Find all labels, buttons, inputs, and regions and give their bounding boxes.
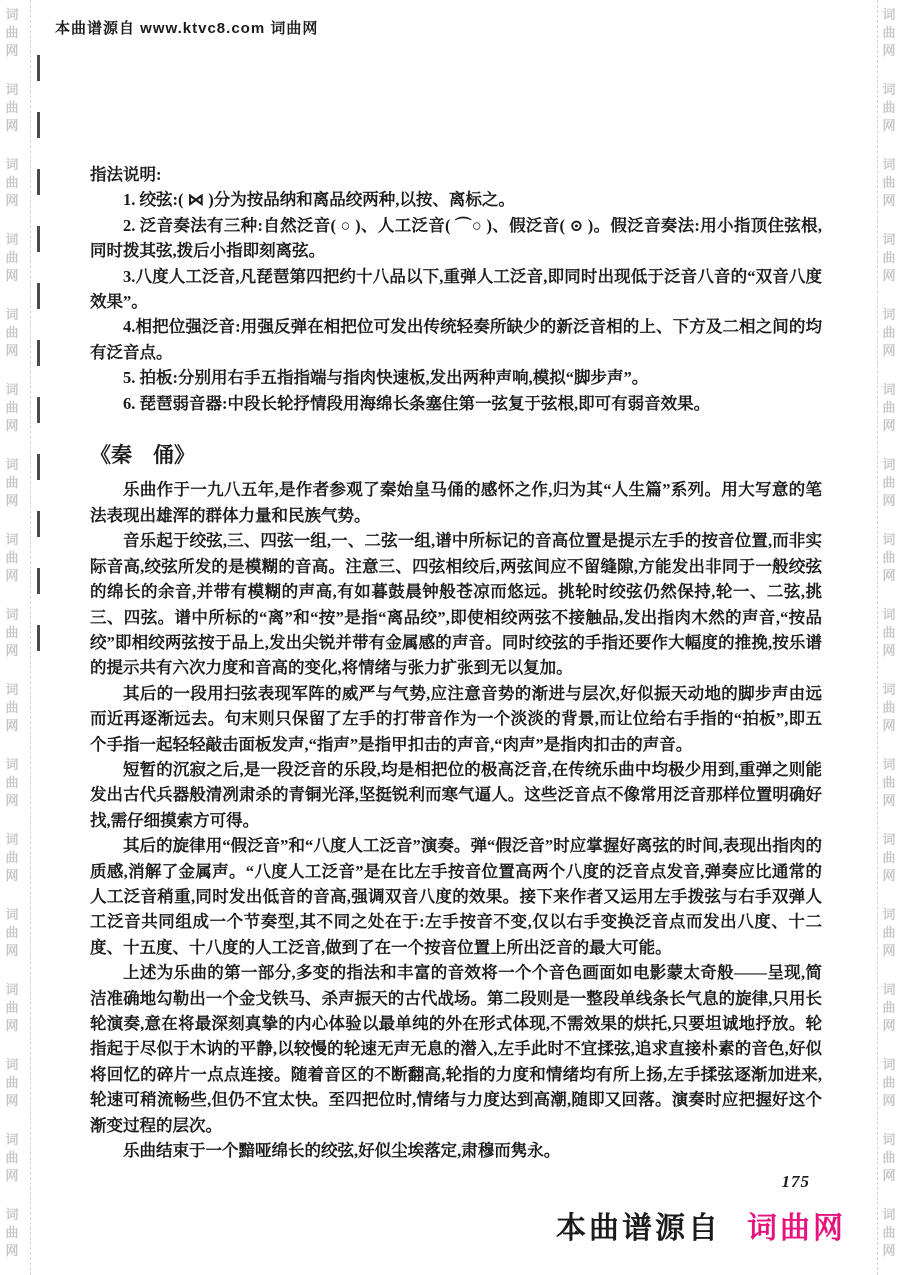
side-watermark-text: 词曲网 — [5, 1056, 18, 1110]
side-watermark-text: 词曲网 — [5, 681, 18, 735]
left-dashed-divider — [30, 0, 31, 1275]
side-watermark-text: 词曲网 — [882, 381, 895, 435]
footer-source-watermark: 本曲谱源自词曲网 — [556, 1203, 846, 1247]
side-watermark-text: 词曲网 — [882, 1131, 895, 1185]
side-watermark-text: 词曲网 — [882, 831, 895, 885]
side-watermark-text: 词曲网 — [5, 381, 18, 435]
piece-paragraph: 其后的一段用扫弦表现军阵的威严与气势,应注意音势的渐进与层次,好似振天动地的脚步… — [90, 681, 822, 757]
side-watermark-text: 词曲网 — [5, 906, 18, 960]
side-watermark-text: 词曲网 — [882, 606, 895, 660]
side-watermark-text: 词曲网 — [5, 756, 18, 810]
fingering-note-item: 6. 琵琶弱音器:中段长轮抒情段用海绵长条塞住第一弦复于弦根,即可有弱音效果。 — [90, 391, 822, 416]
side-watermark-text: 词曲网 — [5, 831, 18, 885]
footer-brand-name: 词曲网 — [747, 1212, 846, 1245]
piece-paragraph: 乐曲作于一九八五年,是作者参观了秦始皇马俑的感怀之作,归为其“人生篇”系列。用大… — [90, 477, 822, 528]
left-watermark-column: 词曲网词曲网词曲网词曲网词曲网词曲网词曲网词曲网词曲网词曲网词曲网词曲网词曲网词… — [3, 6, 21, 1275]
piece-paragraph: 乐曲结束于一个黯哑绵长的绞弦,好似尘埃落定,肃穆而隽永。 — [90, 1138, 822, 1163]
document-body: 指法说明: 1. 绞弦:( ⋈ )分为按品纳和离品绞两种,以按、离标之。 2. … — [90, 162, 822, 1163]
side-watermark-text: 词曲网 — [5, 1206, 18, 1260]
footer-source-prefix: 本曲谱源自 — [556, 1212, 721, 1245]
side-watermark-text: 词曲网 — [882, 906, 895, 960]
side-watermark-text: 词曲网 — [5, 156, 18, 210]
scanned-document-page: 词曲网词曲网词曲网词曲网词曲网词曲网词曲网词曲网词曲网词曲网词曲网词曲网词曲网词… — [0, 0, 902, 1275]
piece-paragraph: 上述为乐曲的第一部分,多变的指法和丰富的音效将一个个音色画面如电影蒙太奇般——呈… — [90, 960, 822, 1138]
side-watermark-text: 词曲网 — [5, 6, 18, 60]
fingering-note-item: 4.相把位强泛音:用强反弹在相把位可发出传统轻奏所缺少的新泛音相的上、下方及二相… — [90, 314, 822, 365]
side-watermark-text: 词曲网 — [882, 756, 895, 810]
side-watermark-text: 词曲网 — [882, 81, 895, 135]
side-watermark-text: 词曲网 — [5, 531, 18, 585]
page-number: 175 — [782, 1172, 811, 1192]
side-watermark-text: 词曲网 — [882, 531, 895, 585]
right-dashed-divider — [877, 0, 878, 1275]
piece-paragraph: 其后的旋律用“假泛音”和“八度人工泛音”演奏。弹“假泛音”时应掌握好离弦的时间,… — [90, 833, 822, 960]
piece-paragraph: 音乐起于绞弦,三、四弦一组,一、二弦一组,谱中所标记的音高位置是提示左手的按音位… — [90, 528, 822, 680]
piece-title: 《秦 俑》 — [90, 443, 822, 468]
side-watermark-text: 词曲网 — [882, 306, 895, 360]
side-watermark-text: 词曲网 — [882, 6, 895, 60]
fingering-note-item: 1. 绞弦:( ⋈ )分为按品纳和离品绞两种,以按、离标之。 — [90, 187, 822, 212]
fingering-note-item: 2. 泛音奏法有三种:自然泛音( ○ )、人工泛音( ⌒○ )、假泛音( ⊙ )… — [90, 213, 822, 264]
fingering-note-item: 5. 拍板:分别用右手五指指端与指肉快速板,发出两种声响,模拟“脚步声”。 — [90, 365, 822, 390]
side-watermark-text: 词曲网 — [882, 981, 895, 1035]
header-source-watermark: 本曲谱源自 www.ktvc8.com 词曲网 — [55, 17, 318, 38]
right-watermark-column: 词曲网词曲网词曲网词曲网词曲网词曲网词曲网词曲网词曲网词曲网词曲网词曲网词曲网词… — [880, 6, 898, 1275]
side-watermark-text: 词曲网 — [5, 606, 18, 660]
side-watermark-text: 词曲网 — [5, 306, 18, 360]
piece-paragraph: 短暂的沉寂之后,是一段泛音的乐段,均是相把位的极高泛音,在传统乐曲中均极少用到,… — [90, 757, 822, 833]
fingering-note-item: 3.八度人工泛音,凡琵琶第四把约十八品以下,重弹人工泛音,即同时出现低于泛音八音… — [90, 264, 822, 315]
binding-marks — [37, 55, 40, 680]
side-watermark-text: 词曲网 — [882, 231, 895, 285]
side-watermark-text: 词曲网 — [882, 1206, 895, 1260]
side-watermark-text: 词曲网 — [882, 681, 895, 735]
side-watermark-text: 词曲网 — [882, 456, 895, 510]
side-watermark-text: 词曲网 — [5, 1131, 18, 1185]
side-watermark-text: 词曲网 — [5, 456, 18, 510]
side-watermark-text: 词曲网 — [5, 81, 18, 135]
fingering-notes-heading: 指法说明: — [90, 162, 822, 187]
side-watermark-text: 词曲网 — [5, 231, 18, 285]
side-watermark-text: 词曲网 — [5, 981, 18, 1035]
side-watermark-text: 词曲网 — [882, 156, 895, 210]
side-watermark-text: 词曲网 — [882, 1056, 895, 1110]
